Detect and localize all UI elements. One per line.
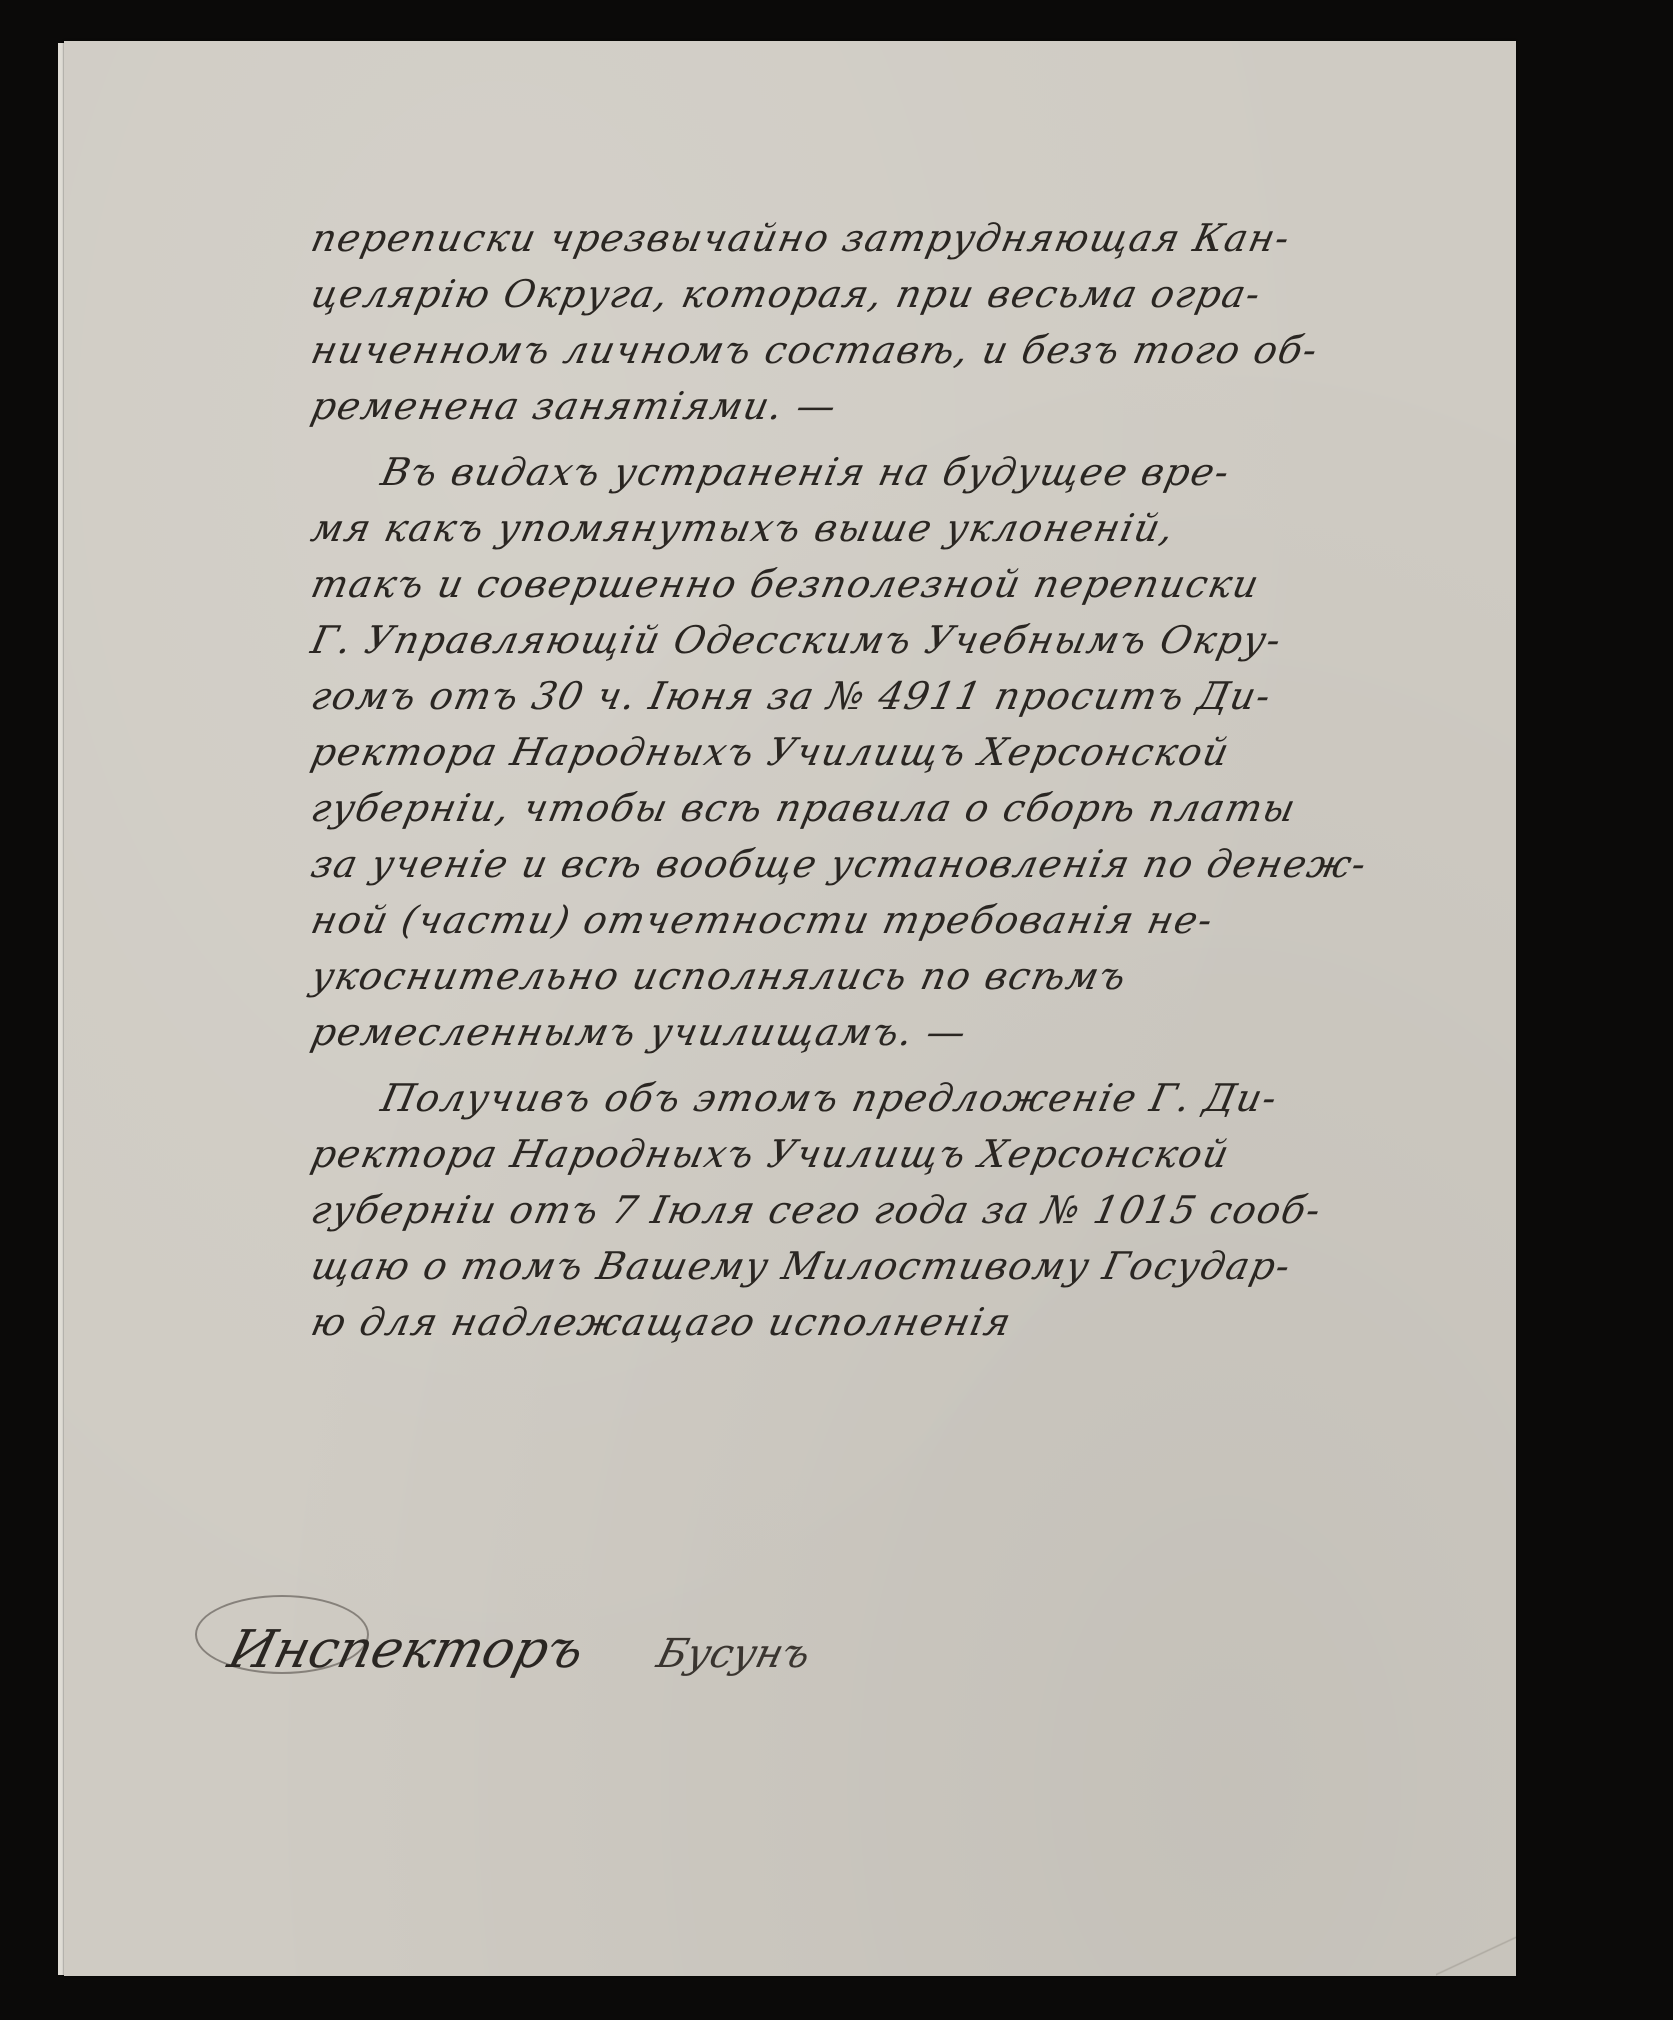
signatory-name: Бусунъ — [652, 1631, 815, 1677]
text-line: гомъ отъ 30 ч. Іюня за № 4911 проситъ Ди… — [306, 668, 1538, 724]
text-line: щаю о томъ Вашему Милостивому Государ- — [306, 1238, 1538, 1294]
corner-fold — [1436, 1936, 1516, 1976]
text-line: губерніи отъ 7 Іюля сего года за № 1015 … — [306, 1182, 1538, 1238]
text-line: Г. Управляющій Одесскимъ Учебнымъ Окру- — [306, 612, 1538, 668]
signature-block: Инспекторъ Бусунъ — [223, 1620, 818, 1680]
text-line: ной (части) отчетности требованія не- — [306, 892, 1538, 948]
text-line: губерніи, чтобы всѣ правила о сборѣ плат… — [306, 780, 1538, 836]
scan-frame: переписки чрезвычайно затрудняющая Кан- … — [0, 0, 1673, 2020]
paragraph-start-line: Получивъ объ этомъ предложеніе Г. Ди- — [306, 1070, 1538, 1126]
text-line: переписки чрезвычайно затрудняющая Кан- — [306, 210, 1538, 266]
text-line: ременена занятіями. — — [306, 378, 1538, 434]
text-line: ректора Народныхъ Училищъ Херсонской — [306, 724, 1538, 780]
text-line: ректора Народныхъ Училищъ Херсонской — [306, 1126, 1538, 1182]
text-line: такъ и совершенно безполезной переписки — [306, 556, 1538, 612]
signatory-title: Инспекторъ — [223, 1620, 591, 1680]
text-line: ремесленнымъ училищамъ. — — [306, 1004, 1538, 1060]
letter-body: переписки чрезвычайно затрудняющая Кан- … — [306, 210, 1526, 1350]
text-line: ниченномъ личномъ составѣ, и безъ того о… — [306, 322, 1538, 378]
text-line: укоснительно исполнялись по всѣмъ — [306, 948, 1538, 1004]
text-line: целярію Округа, которая, при весьма огра… — [306, 266, 1538, 322]
paragraph-start-line: Въ видахъ устраненія на будущее вре- — [306, 444, 1538, 500]
text-line: за ученіе и всѣ вообще установленія по д… — [306, 836, 1538, 892]
text-line: мя какъ упомянутыхъ выше уклоненій, — [306, 500, 1538, 556]
text-line: ю для надлежащаго исполненія — [306, 1294, 1538, 1350]
